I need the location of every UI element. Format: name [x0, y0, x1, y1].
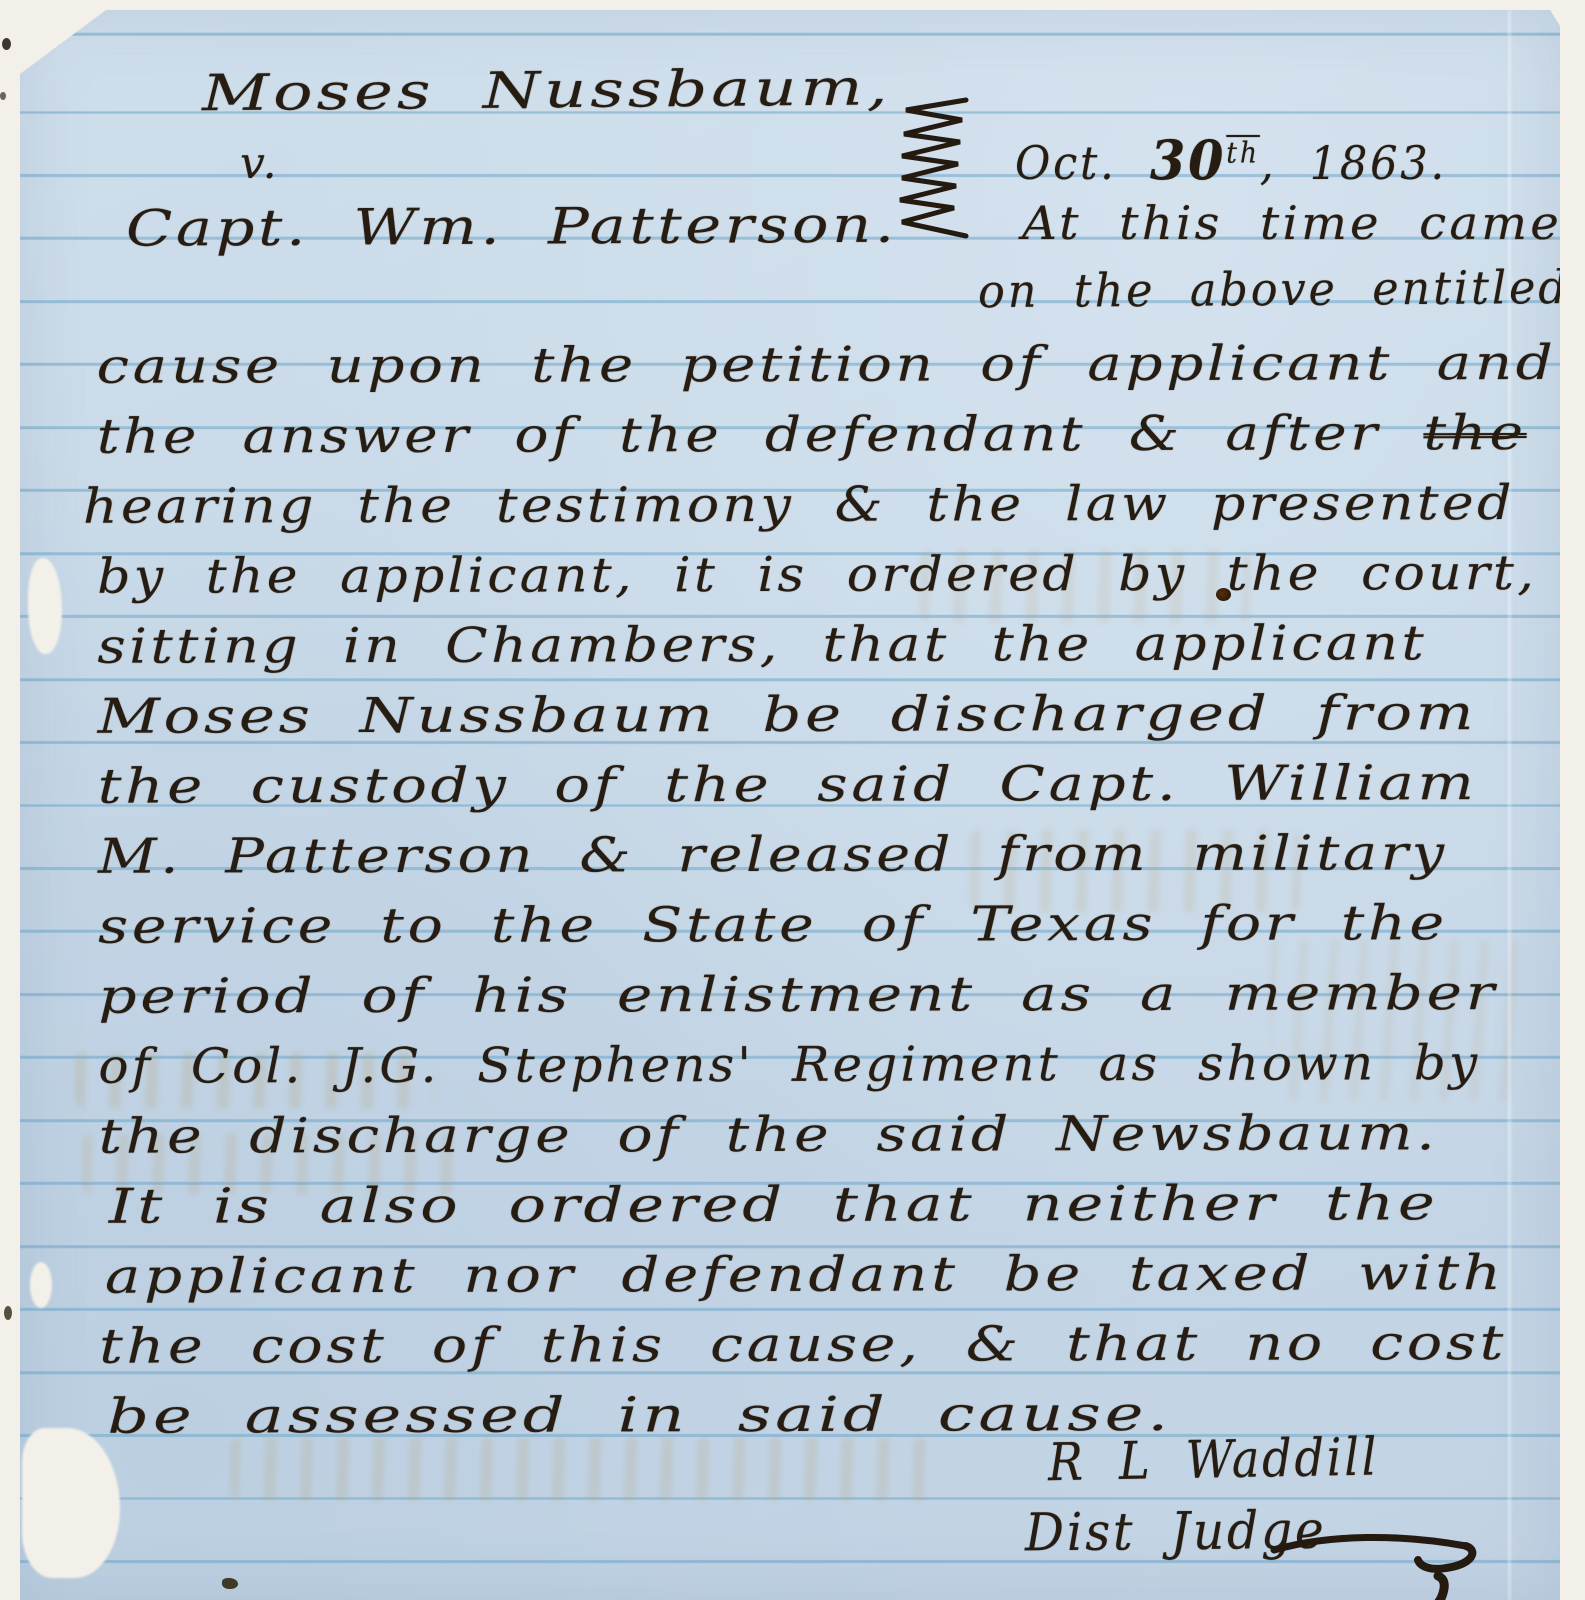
- date-year: , 1863.: [1260, 136, 1447, 190]
- caption-versus: v.: [240, 138, 280, 189]
- ink-speck: [222, 1578, 238, 1589]
- caption-plaintiff: Moses Nussbaum,: [202, 60, 728, 123]
- date-ordinal: th: [1226, 137, 1260, 170]
- torn-edge: [28, 558, 62, 654]
- body-line: service to the State of Texas for the: [98, 888, 1427, 961]
- torn-edge: [30, 1262, 52, 1308]
- paper-sheet: Moses Nussbaum, v. Capt. Wm. Patterson. …: [20, 10, 1560, 1600]
- body-line: the cost of this cause, & that no cost: [99, 1308, 1428, 1381]
- body-line: sitting in Chambers, that the applicant: [97, 608, 1426, 681]
- letter-page: { "page": { "paper_color": "#c7d8e7", "r…: [0, 0, 1585, 1600]
- date-day: 30: [1150, 128, 1226, 192]
- struck-word: the: [1423, 405, 1526, 461]
- body-line: applicant nor defendant be taxed with: [105, 1238, 1428, 1311]
- caption-defendant: Capt. Wm. Patterson.: [126, 196, 764, 257]
- edge-speck: [0, 92, 6, 100]
- body-line: Moses Nussbaum be discharged from: [97, 678, 1426, 751]
- body-line: of Col. J.G. Stephens' Regiment as shown…: [98, 1028, 1427, 1101]
- body-line: the custody of the said Capt. William: [98, 748, 1427, 821]
- signature-flourish: [1270, 1524, 1500, 1600]
- edge-speck: [2, 38, 11, 50]
- squiggle-brace-icon: [894, 94, 976, 252]
- date-month: Oct.: [1015, 136, 1150, 190]
- body-line: the discharge of the said Newsbaum.: [99, 1098, 1428, 1171]
- body-line: period of his enlistment as a member: [98, 958, 1427, 1031]
- body-line: by the applicant, it is ordered by the c…: [97, 538, 1426, 611]
- signature-name: R L Waddill: [1048, 1427, 1421, 1493]
- date-line: Oct. 30th, 1863.: [1015, 128, 1477, 192]
- body-line: M. Patterson & released from military: [98, 818, 1427, 891]
- opening-line: on the above entitled: [978, 260, 1585, 318]
- order-body-text: cause upon the petition of applicant and…: [97, 328, 1429, 1451]
- body-line: It is also ordered that neither the: [109, 1168, 1428, 1241]
- opening-line: At this time came: [1022, 196, 1536, 250]
- ink-blotch: [1216, 588, 1231, 601]
- body-line: hearing the testimony & the law presente…: [83, 468, 1426, 542]
- edge-speck: [4, 1306, 12, 1320]
- body-line: cause upon the petition of applicant and: [97, 328, 1426, 401]
- body-line: the answer of the defendant & after the: [97, 398, 1426, 471]
